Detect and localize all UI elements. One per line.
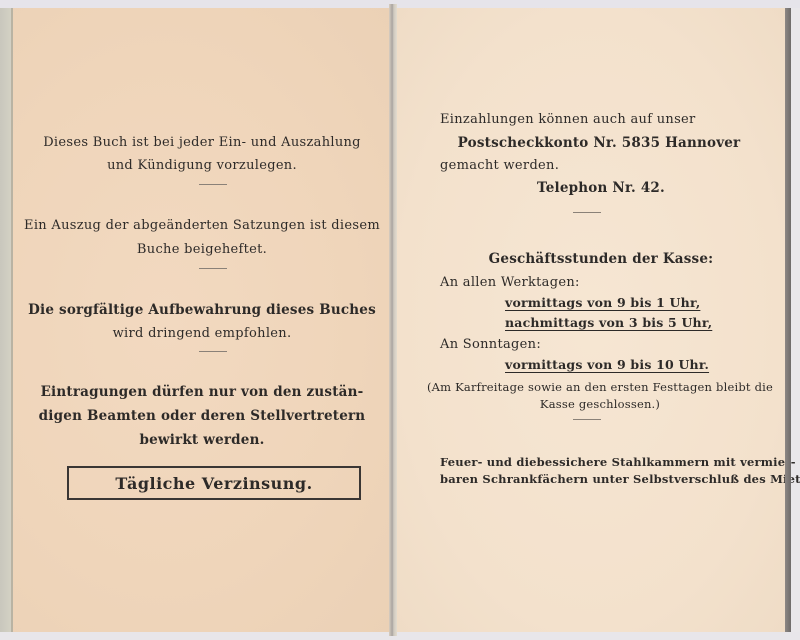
left-page: Dieses Buch ist bei jeder Ein- und Ausza… xyxy=(11,8,391,632)
text-line: und Kündigung vorzulegen. xyxy=(13,154,391,177)
text-line: Feuer- und diebessichere Stahlkammern mi… xyxy=(440,454,800,471)
text-line: Ein Auszug der abgeänderten Satzungen is… xyxy=(13,214,391,238)
separator-line xyxy=(573,212,601,213)
sundays-hours: vormittags von 9 bis 10 Uhr. xyxy=(505,355,709,375)
scanned-savings-book-spread: Dieses Buch ist bei jeder Ein- und Ausza… xyxy=(0,0,800,640)
separator-line xyxy=(573,419,601,420)
paragraph-present-book: Dieses Buch ist bei jeder Ein- und Ausza… xyxy=(13,131,391,177)
text-line: vormittags von 9 bis 10 Uhr. xyxy=(505,355,709,375)
holiday-closure-note: (Am Karfreitage sowie an den ersten Fest… xyxy=(397,379,785,413)
weekdays-hours: vormittags von 9 bis 1 Uhr, nachmittags … xyxy=(505,293,712,333)
separator-line xyxy=(199,268,227,269)
text-line: Eintragungen dürfen nur von den zustän- xyxy=(13,380,391,404)
separator-line xyxy=(199,351,227,352)
text-line: Geschäftsstunden der Kasse: xyxy=(397,248,785,270)
text-line: digen Beamten oder deren Stellvertretern xyxy=(13,404,391,428)
text-line: Telephon Nr. 42. xyxy=(397,177,785,199)
cover-edge-right xyxy=(785,8,791,632)
telephone-number: Telephon Nr. 42. xyxy=(397,177,785,199)
text-line: nachmittags von 3 bis 5 Uhr, xyxy=(505,313,712,333)
text-line: (Am Karfreitage sowie an den ersten Fest… xyxy=(397,379,785,396)
deposit-line-3: gemacht werden. xyxy=(440,155,559,177)
text-line: Buche beigeheftet. xyxy=(13,238,391,262)
paragraph-safekeeping: Die sorgfältige Aufbewahrung dieses Buch… xyxy=(13,298,391,346)
paragraph-entries: Eintragungen dürfen nur von den zustän- … xyxy=(13,380,391,452)
separator-line xyxy=(199,184,227,185)
weekdays-label: An allen Werktagen: xyxy=(440,272,580,294)
text-line: baren Schrankfächern unter Selbstverschl… xyxy=(440,471,800,488)
daily-interest-box: Tägliche Verzinsung. xyxy=(67,466,361,500)
sundays-label: An Sonntagen: xyxy=(440,334,541,356)
text-line: Dieses Buch ist bei jeder Ein- und Ausza… xyxy=(13,131,391,154)
daily-interest-label: Tägliche Verzinsung. xyxy=(115,474,312,493)
text-line: An allen Werktagen: xyxy=(440,272,580,294)
text-line: Die sorgfältige Aufbewahrung dieses Buch… xyxy=(13,298,391,322)
text-line: vormittags von 9 bis 1 Uhr, xyxy=(505,293,712,313)
scan-background-top xyxy=(0,0,800,8)
text-line: Postscheckkonto Nr. 5835 Hannover xyxy=(397,132,785,154)
deposit-line-1: Einzahlungen können auch auf unser xyxy=(440,109,696,131)
postal-account: Postscheckkonto Nr. 5835 Hannover xyxy=(397,132,785,154)
text-line: An Sonntagen: xyxy=(440,334,541,356)
book-spine xyxy=(389,4,397,636)
cover-edge-left xyxy=(0,8,11,632)
text-line: bewirkt werden. xyxy=(13,428,391,452)
safe-deposit-notice: Feuer- und diebessichere Stahlkammern mi… xyxy=(440,454,800,488)
paragraph-statutes: Ein Auszug der abgeänderten Satzungen is… xyxy=(13,214,391,262)
text-line: Kasse geschlossen.) xyxy=(397,396,785,413)
business-hours-heading: Geschäftsstunden der Kasse: xyxy=(397,248,785,270)
right-page: Einzahlungen können auch auf unser Posts… xyxy=(397,8,785,632)
text-line: Einzahlungen können auch auf unser xyxy=(440,109,696,131)
text-line: wird dringend empfohlen. xyxy=(13,322,391,346)
scan-background-bottom xyxy=(0,632,800,640)
text-line: gemacht werden. xyxy=(440,155,559,177)
